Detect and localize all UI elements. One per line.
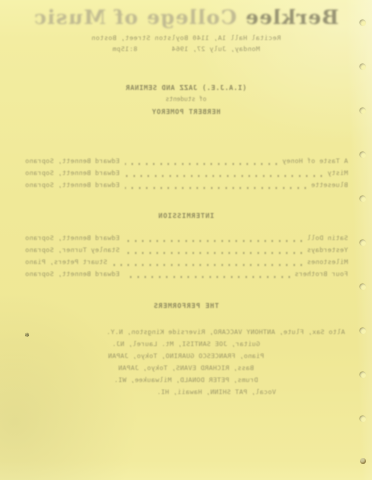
performer-credit-line: Guitar, JOE SANTISI, Mt. Laurel, NJ.: [0, 340, 372, 349]
performer-credit-line: Piano, FRANCESCO GUARINO, Tokyo, JAPAN: [0, 352, 372, 361]
performer-name: Edward Bennett, Soprano: [25, 234, 120, 243]
piece-title: Yesterdays: [307, 246, 348, 255]
program-row: A Taste of Honey Edward Bennett, Soprano: [25, 157, 348, 166]
piece-title: A Taste of Honey: [282, 157, 348, 166]
performer-name: Stanley Turner, Soprano: [25, 246, 120, 255]
performer-credit-line: Bass, RICHARD EVANS, Tokyo, JAPAN: [0, 364, 372, 373]
piece-title: Four Brothers: [295, 270, 348, 279]
punch-hole: [360, 196, 366, 202]
college-logo: Berklee College of Music: [0, 5, 372, 29]
event-date: Monday, July 27, 1964: [171, 45, 259, 53]
performer-name: Edward Bennett, Soprano: [25, 181, 120, 190]
venue-address: Recital Hall 1A, 1140 Boylston Street, B…: [0, 33, 372, 44]
piece-title: Satin Doll: [307, 234, 348, 243]
program-title-line2: of students: [0, 96, 372, 103]
program-row: Yesterdays Stanley Turner, Soprano: [25, 246, 348, 255]
punch-hole: [360, 328, 366, 334]
performer-name: Edward Bennett, Soprano: [25, 270, 120, 279]
date-time-line: Monday, July 27, 19648:15pm: [0, 44, 372, 55]
performers-heading: THE PERFORMERS: [0, 302, 372, 310]
program-title-line3: HERBERT POMEROY: [0, 108, 372, 116]
event-time: 8:15pm: [112, 45, 137, 53]
intermission-heading: INTERMISSION: [0, 212, 372, 220]
punch-hole: [360, 152, 366, 158]
bleedthrough-text-layer: Berklee College of Music Recital Hall 1A…: [0, 0, 372, 480]
ink-speck: ✻: [25, 332, 30, 338]
scanned-program-page: Berklee College of Music Recital Hall 1A…: [0, 0, 372, 480]
punch-hole: [360, 108, 366, 114]
program-row: Satin Doll Edward Bennett, Soprano: [25, 234, 348, 243]
program-row: Misty Edward Bennett, Soprano: [25, 169, 348, 178]
dotted-leader: [125, 240, 302, 242]
dotted-leader: [125, 276, 290, 278]
program-row: Four Brothers Edward Bennett, Soprano: [25, 270, 348, 279]
piece-title: Misty: [327, 169, 348, 178]
performer-name: Edward Bennett, Soprano: [25, 169, 120, 178]
program-row: Bluesette Edward Bennett, Soprano: [25, 181, 348, 190]
dotted-leader: [112, 264, 302, 266]
piece-title: Bluesette: [311, 181, 348, 190]
piece-title: Milestones: [307, 258, 348, 267]
dotted-leader: [125, 163, 278, 165]
punch-hole: [360, 416, 366, 422]
punch-hole: [360, 64, 366, 70]
punch-hole: [360, 458, 366, 464]
dotted-leader: [125, 175, 323, 177]
logo-rest-text: College of Music: [33, 5, 244, 29]
program-row: Milestones Stuart Peters, Piano: [25, 258, 348, 267]
performer-credit-line: Vocal, PAT SHINN, Hawaii, HI.: [157, 388, 276, 397]
logo-brand-text: Berklee: [245, 5, 339, 29]
dotted-leader: [125, 187, 306, 189]
program-title-line1: (I.A.J.E.) JAZZ AND SEMINAR: [0, 84, 372, 92]
performer-credit-line: Alto Sax, Flute, ANTHONY VACCARO, Rivers…: [106, 328, 345, 337]
performer-name: Edward Bennett, Soprano: [25, 157, 120, 166]
punch-hole: [360, 284, 366, 290]
punch-hole: [360, 372, 366, 378]
punch-hole: [360, 240, 366, 246]
performer-name: Stuart Peters, Piano: [25, 258, 107, 267]
dotted-leader: [125, 252, 302, 254]
performer-credit-line: Drums, PETER DONALD, Milwaukee, WI.: [0, 376, 372, 385]
punch-hole: [360, 20, 366, 26]
